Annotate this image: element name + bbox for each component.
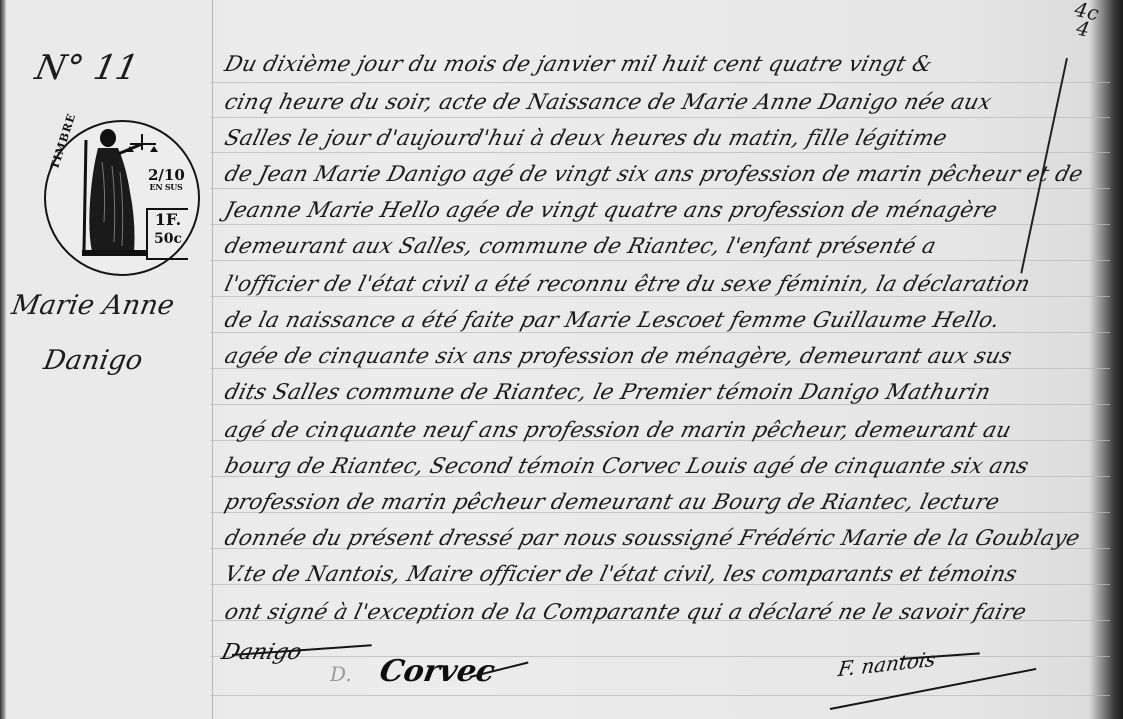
stamp-tax-fraction: 2/10 [148,168,184,183]
register-page: N° 11 TIMBRE 2/10 EN SUS 1F. 50c M [0,0,1123,719]
ruled-line [210,188,1110,189]
record-text-line: bourg de Riantec, Second témoin Corvec L… [222,454,1108,479]
stamp-price-centimes: 50c [148,230,188,248]
folio-number: 4c 4 [1067,0,1104,41]
ruled-line [210,260,1110,261]
margin-surname: Danigo [41,345,145,376]
stamp-tax-suffix: EN SUS [148,183,184,192]
ruled-line [210,82,1110,83]
page-binding-edge [0,0,6,719]
ruled-line [210,656,1110,657]
stamp-tax: 2/10 EN SUS [148,168,184,192]
stamp-price: 1F. 50c [146,208,188,260]
margin-line [212,0,213,719]
record-text-line: cinq heure du soir, acte de Naissance de… [222,90,1108,115]
signature-mark: D. [330,662,352,686]
record-text-line: Jeanne Marie Hello agée de vingt quatre … [222,198,1108,223]
record-text-line: demeurant aux Salles, commune de Riantec… [222,234,1108,259]
record-text-line: dits Salles commune de Riantec, le Premi… [222,380,1108,405]
record-text-line: Du dixième jour du mois de janvier mil h… [222,52,1108,77]
record-text-line: V.te de Nantois, Maire officier de l'éta… [222,562,1108,587]
record-text-line: agé de cinquante neuf ans profession de … [222,418,1108,443]
margin-given-name: Marie Anne [9,290,177,321]
ruled-line [210,695,1110,696]
ruled-line [210,152,1110,153]
revenue-stamp: TIMBRE 2/10 EN SUS 1F. 50c [44,120,200,276]
record-text-line: profession de marin pêcheur demeurant au… [222,490,1108,515]
record-text-line: donnée du présent dressé par nous soussi… [222,526,1108,551]
record-text-line: de Jean Marie Danigo agé de vingt six an… [222,162,1108,187]
record-text-line: Salles le jour d'aujourd'hui à deux heur… [222,126,1108,151]
record-text-line: agée de cinquante six ans profession de … [222,344,1108,369]
signature-mayor: F. nantois [837,647,938,682]
ruled-line [210,117,1110,118]
signature-corvec: Corvec [377,654,498,689]
record-text-line: ont signé à l'exception de la Comparante… [222,600,1108,625]
record-text-line: de la naissance a été faite par Marie Le… [222,308,1108,333]
stamp-price-franc: 1F. [148,210,188,230]
record-number: N° 11 [32,48,142,88]
ruled-line [210,224,1110,225]
record-text-line: l'officier de l'état civil a été reconnu… [222,272,1108,297]
